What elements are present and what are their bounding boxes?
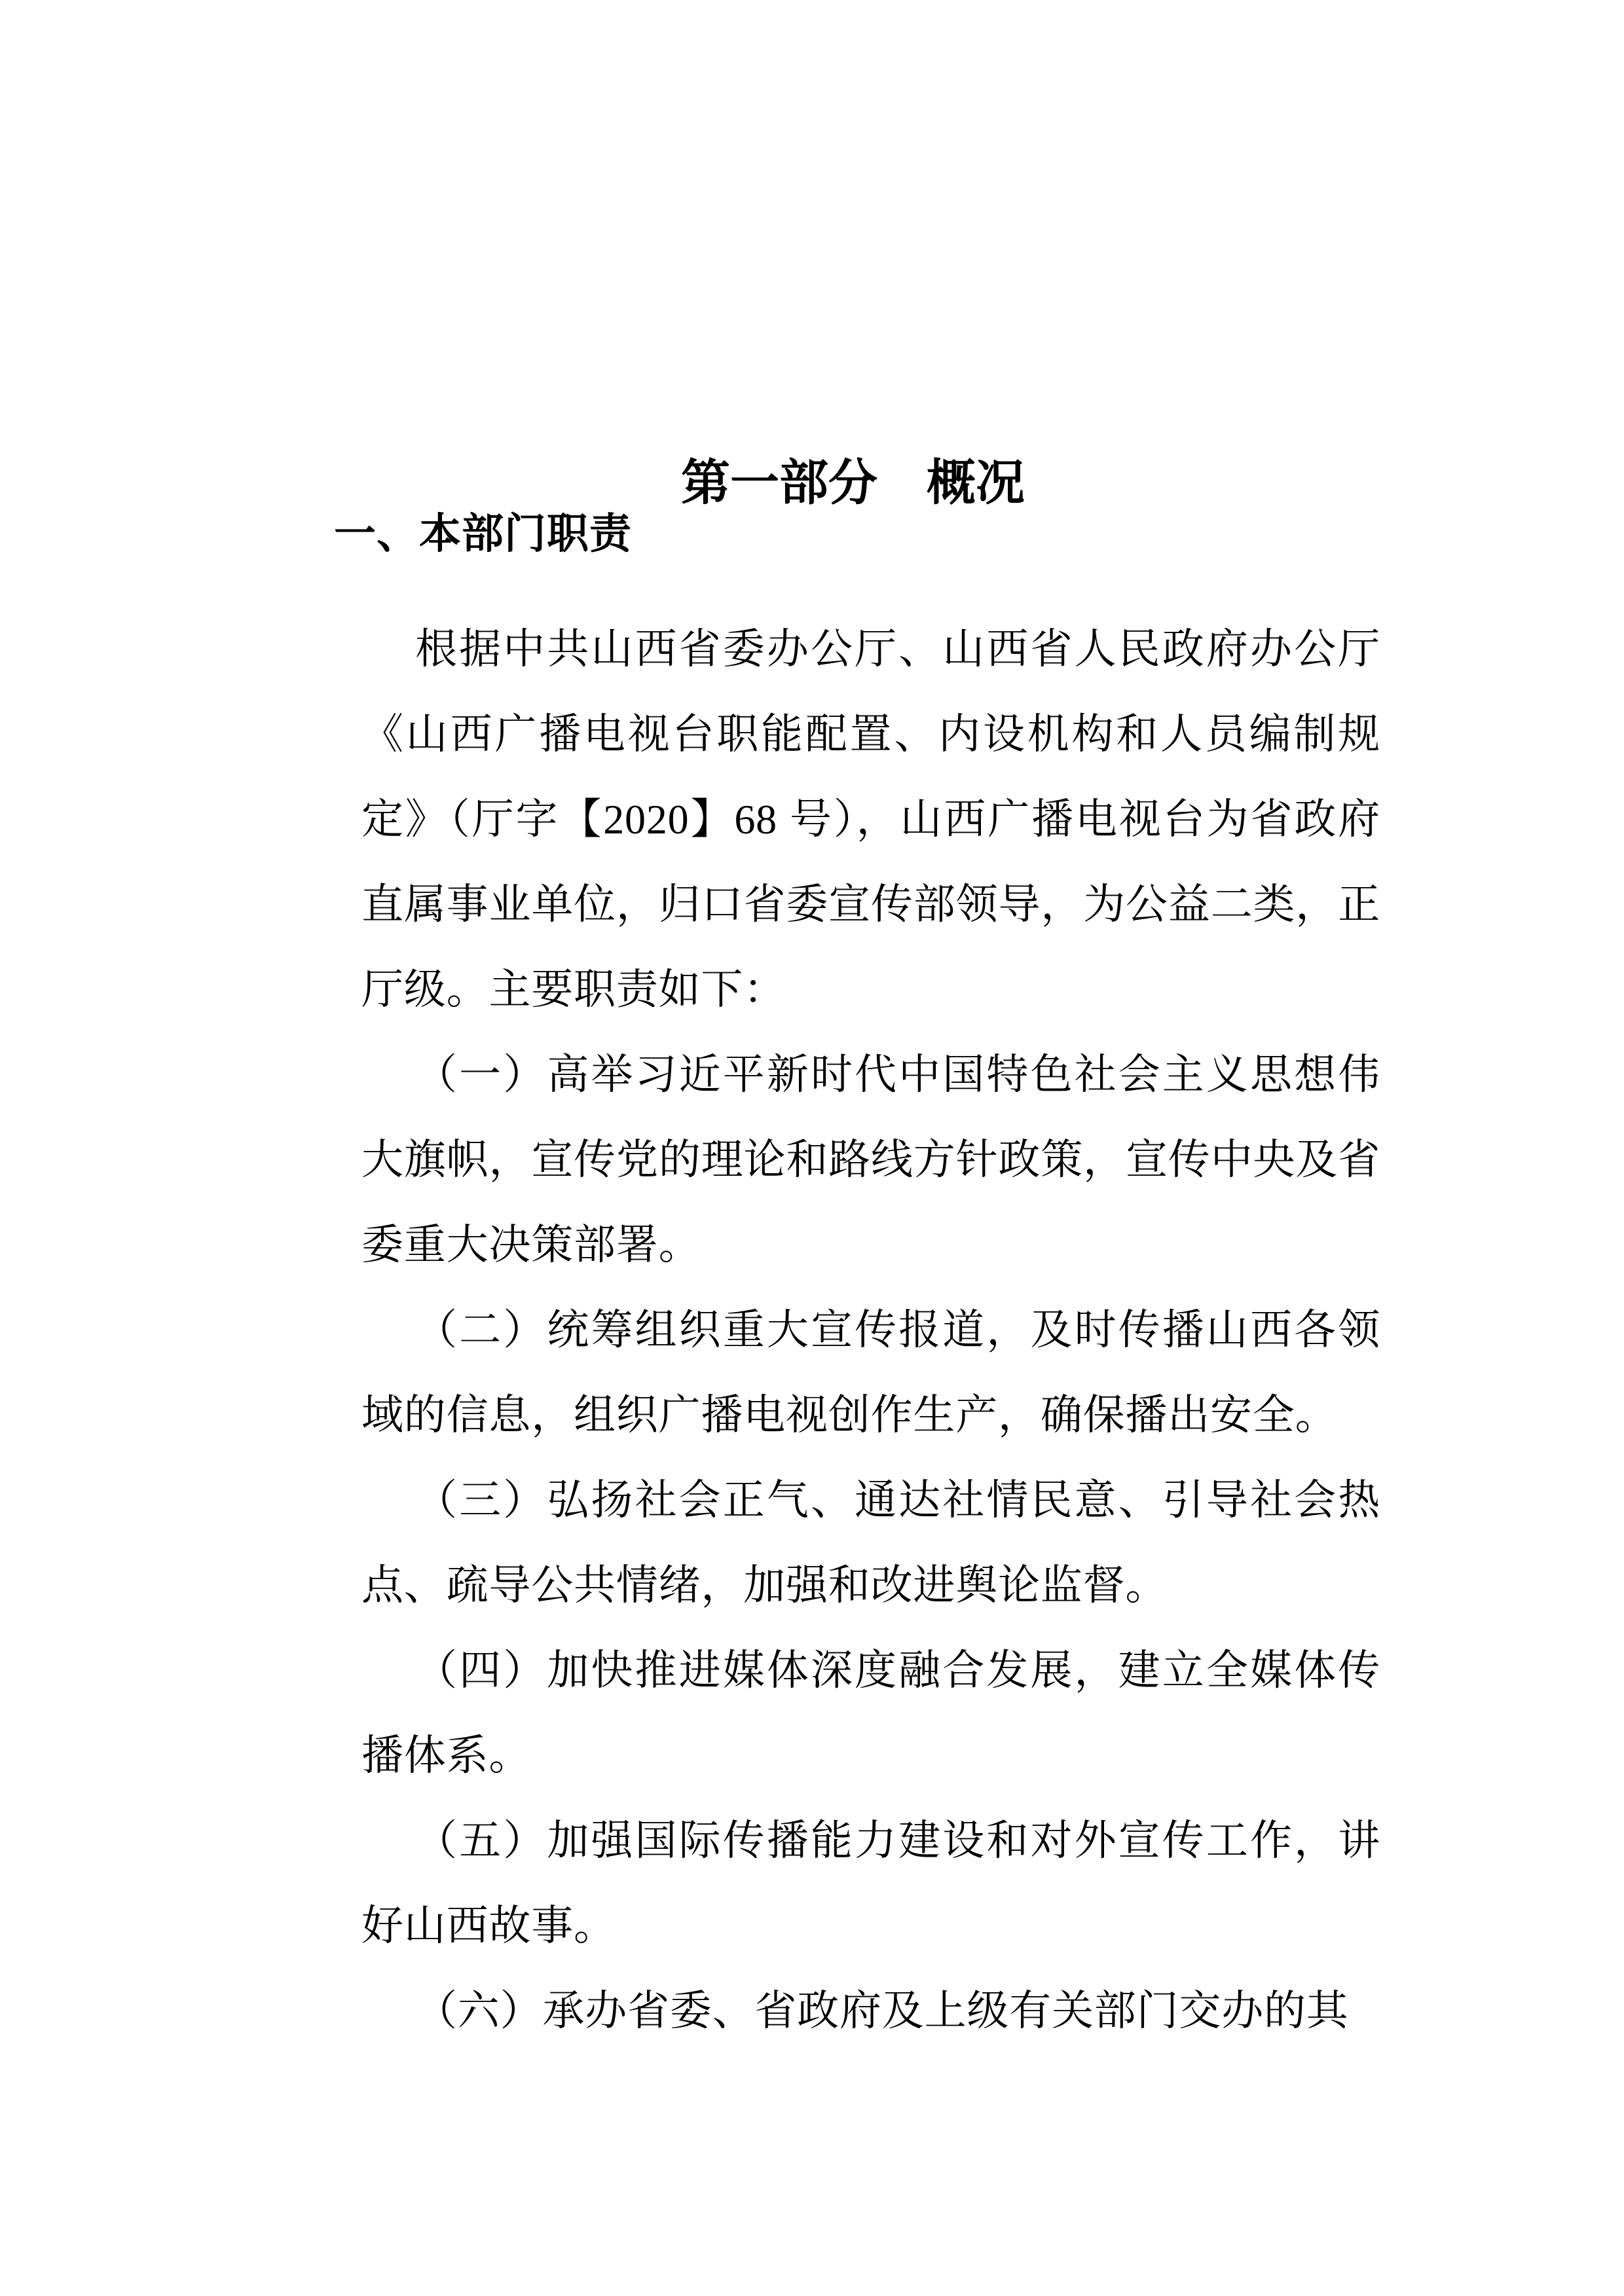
paragraph: （二）统筹组织重大宣传报道，及时传播山西各领域的信息，组织广播电视创作生产，确保…: [361, 1288, 1380, 1458]
paragraph: （五）加强国际传播能力建设和对外宣传工作，讲好山西故事。: [361, 1798, 1380, 1969]
page-title: 第一部分 概况: [0, 407, 1624, 560]
paragraph: （四）加快推进媒体深度融合发展，建立全媒体传播体系。: [361, 1628, 1380, 1798]
paragraph: （一）高举习近平新时代中国特色社会主义思想伟大旗帜，宣传党的理论和路线方针政策，…: [361, 1032, 1380, 1288]
section-heading: 一、本部门职责: [334, 511, 632, 556]
paragraph: （六）承办省委、省政府及上级有关部门交办的其: [361, 1969, 1380, 2054]
body-paragraphs: 根据中共山西省委办公厅、山西省人民政府办公厅《山西广播电视台职能配置、内设机构和…: [361, 607, 1380, 2054]
paragraph: （三）弘扬社会正气、通达社情民意、引导社会热点、疏导公共情绪，加强和改进舆论监督…: [361, 1458, 1380, 1628]
document-page: 第一部分 概况 一、本部门职责 根据中共山西省委办公厅、山西省人民政府办公厅《山…: [0, 0, 1624, 2296]
page-title-text: 第一部分 概况: [681, 456, 1025, 511]
paragraph: 根据中共山西省委办公厅、山西省人民政府办公厅《山西广播电视台职能配置、内设机构和…: [361, 607, 1380, 1032]
